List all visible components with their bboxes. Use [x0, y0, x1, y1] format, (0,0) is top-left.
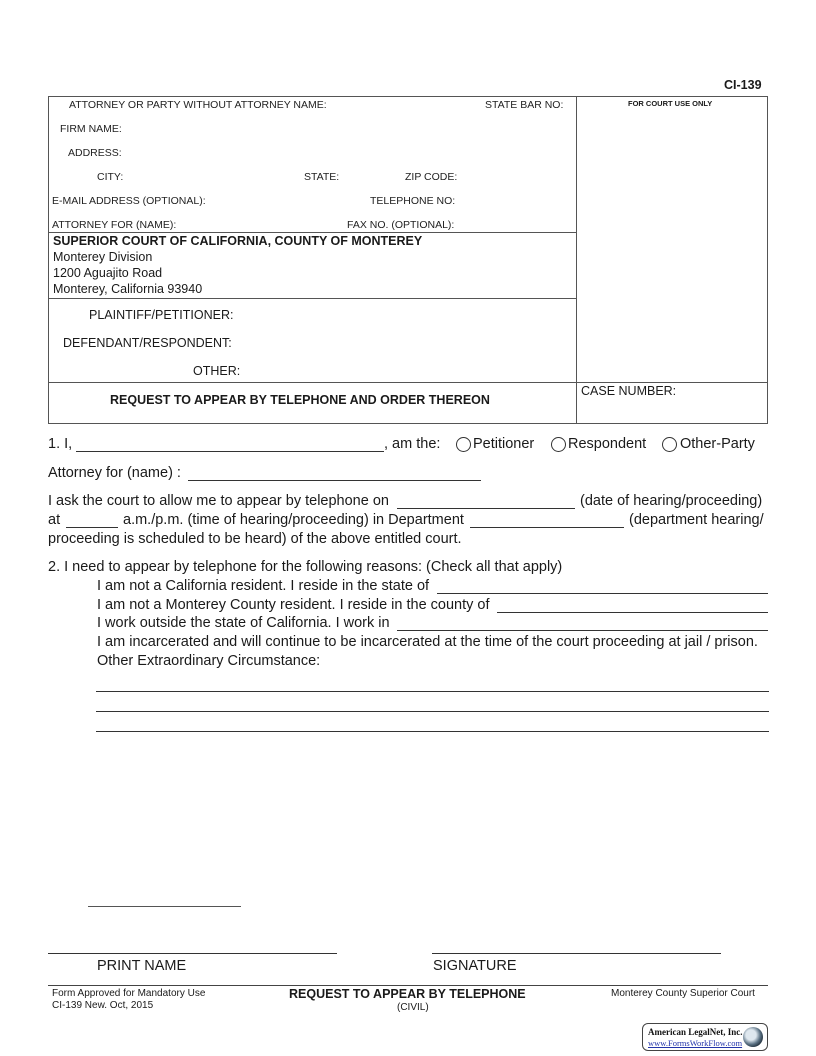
- email-label: E-MAIL ADDRESS (OPTIONAL):: [52, 195, 206, 207]
- divider-court: [48, 232, 576, 233]
- ask-text: I ask the court to allow me to appear by…: [48, 493, 389, 509]
- footer-approved: Form Approved for Mandatory Use: [52, 988, 205, 999]
- footer-subtitle: (CIVIL): [397, 1002, 429, 1013]
- divider-title: [48, 382, 768, 383]
- work-location-field[interactable]: [397, 630, 768, 631]
- section2-heading: 2. I need to appear by telephone for the…: [48, 559, 562, 575]
- other-circumstance-line-2[interactable]: [96, 711, 769, 712]
- city-label: CITY:: [97, 171, 123, 183]
- american-legalnet-badge[interactable]: American LegalNet, Inc. www.FormsWorkFlo…: [642, 1023, 768, 1051]
- time-text: a.m./p.m. (time of hearing/proceeding) i…: [123, 512, 464, 528]
- divider-parties: [48, 298, 576, 299]
- petitioner-radio[interactable]: [456, 437, 471, 452]
- dept-suffix: (department hearing/: [629, 512, 764, 528]
- attorney-for-field[interactable]: [188, 480, 481, 481]
- attorney-for-label: ATTORNEY FOR (NAME):: [52, 219, 176, 231]
- state-bar-label: STATE BAR NO:: [485, 99, 563, 111]
- reason-other: Other Extraordinary Circumstance:: [97, 653, 320, 669]
- footer-revision: CI-139 New. Oct, 2015: [52, 1000, 153, 1011]
- date-suffix: (date of hearing/proceeding): [580, 493, 762, 509]
- state-of-residence-field[interactable]: [437, 593, 768, 594]
- firm-name-label: FIRM NAME:: [60, 123, 122, 135]
- print-name-label: PRINT NAME: [97, 958, 186, 974]
- reason-incarcerated: I am incarcerated and will continue to b…: [97, 634, 758, 650]
- court-street: 1200 Aguajito Road: [53, 266, 162, 280]
- section1-prefix: 1. I,: [48, 436, 72, 452]
- address-label: ADDRESS:: [68, 147, 122, 159]
- department-field[interactable]: [470, 527, 624, 528]
- respondent-label: Respondent: [568, 436, 646, 452]
- other-party-label: Other-Party: [680, 436, 755, 452]
- other-label: OTHER:: [193, 364, 240, 378]
- other-circumstance-line-1[interactable]: [96, 691, 769, 692]
- form-title: REQUEST TO APPEAR BY TELEPHONE AND ORDER…: [110, 393, 490, 407]
- attorney-name-label: ATTORNEY OR PARTY WITHOUT ATTORNEY NAME:: [69, 99, 327, 111]
- caption-box: [48, 96, 768, 424]
- form-id: CI-139: [724, 78, 762, 92]
- zip-label: ZIP CODE:: [405, 171, 457, 183]
- badge-name: American LegalNet, Inc.: [648, 1027, 742, 1037]
- court-name: SUPERIOR COURT OF CALIFORNIA, COUNTY OF …: [53, 234, 422, 248]
- county-of-residence-field[interactable]: [497, 612, 768, 613]
- reason-work-outside: I work outside the state of California. …: [97, 615, 390, 631]
- other-party-radio[interactable]: [662, 437, 677, 452]
- plaintiff-label: PLAINTIFF/PETITIONER:: [89, 308, 233, 322]
- footer-title: REQUEST TO APPEAR BY TELEPHONE: [289, 987, 526, 1001]
- court-city: Monterey, California 93940: [53, 282, 202, 296]
- state-label: STATE:: [304, 171, 339, 183]
- footer-court: Monterey County Superior Court: [611, 988, 755, 999]
- am-the-text: , am the:: [384, 436, 440, 452]
- attorney-for-text: Attorney for (name) :: [48, 465, 181, 481]
- proceeding-text: proceeding is scheduled to be heard) of …: [48, 531, 462, 547]
- footer-rule: [48, 985, 768, 986]
- case-number-label: CASE NUMBER:: [581, 384, 676, 398]
- court-use-divider: [576, 96, 577, 424]
- signature-label: SIGNATURE: [433, 958, 517, 974]
- other-circumstance-line-3[interactable]: [96, 731, 769, 732]
- signature-field[interactable]: [432, 953, 721, 954]
- fax-label: FAX NO. (OPTIONAL):: [347, 219, 454, 231]
- court-division: Monterey Division: [53, 250, 152, 264]
- telephone-label: TELEPHONE NO:: [370, 195, 455, 207]
- court-use-label: FOR COURT USE ONLY: [628, 99, 712, 108]
- date-field[interactable]: [88, 906, 241, 907]
- defendant-label: DEFENDANT/RESPONDENT:: [63, 336, 232, 350]
- hearing-time-field[interactable]: [66, 527, 118, 528]
- reason-not-ca-resident: I am not a California resident. I reside…: [97, 578, 429, 594]
- respondent-radio[interactable]: [551, 437, 566, 452]
- reason-not-county-resident: I am not a Monterey County resident. I r…: [97, 597, 490, 613]
- hearing-date-field[interactable]: [397, 508, 575, 509]
- globe-logo-icon: [743, 1027, 763, 1047]
- at-text: at: [48, 512, 60, 528]
- badge-url[interactable]: www.FormsWorkFlow.com: [648, 1038, 742, 1048]
- petitioner-label: Petitioner: [473, 436, 534, 452]
- name-field[interactable]: [76, 451, 384, 452]
- print-name-field[interactable]: [48, 953, 337, 954]
